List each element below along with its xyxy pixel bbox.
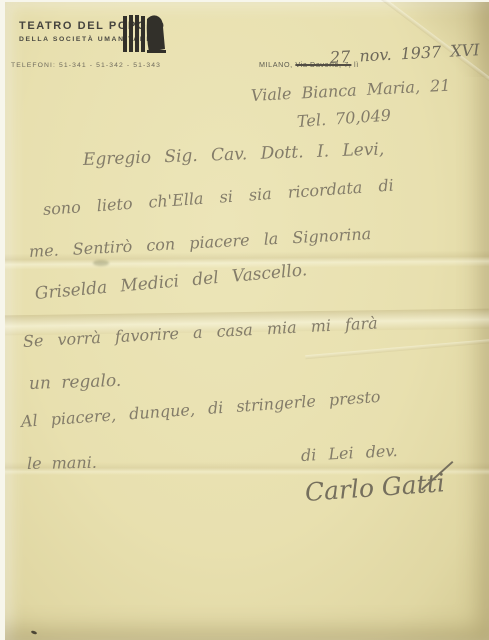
handwritten-date: 27 nov. 1937 XVI <box>330 40 481 67</box>
handwritten-phone-line: Tel. 70,049 <box>296 105 391 131</box>
handwritten-line: sono lieto ch'Ella si sia ricordata di <box>42 176 394 219</box>
umanitaria-bell-logo-icon <box>123 13 167 55</box>
letterhead-phones: TELEFONI: 51-341 - 51-342 - 51-343 <box>11 62 161 69</box>
handwritten-line: Griselda Medici del Vascello. <box>34 260 308 304</box>
handwritten-line: me. Sentirò con piacere la Signorina <box>29 224 372 261</box>
ink-speck <box>31 630 38 635</box>
handwritten-line: un regalo. <box>29 371 122 394</box>
diagonal-crease <box>305 339 489 360</box>
handwritten-line: Al piacere, dunque, di stringerle presto <box>20 387 381 431</box>
letter-paper: TEATRO DEL POPOLO DELLA SOCIETÀ UMANITAR… <box>5 2 489 640</box>
handwritten-line: Se vorrà favorire a casa mia mi farà <box>23 313 379 351</box>
handwritten-line: le mani. <box>27 453 97 473</box>
erased-smudge <box>93 260 109 266</box>
handwritten-valediction: di Lei dev. <box>301 441 399 465</box>
signature: Carlo Gatti <box>304 468 446 507</box>
dateline-city: MILANO, <box>259 60 293 69</box>
handwritten-address-line: Viale Bianca Maria, 21 <box>251 76 451 105</box>
handwritten-salutation: Egregio Sig. Cav. Dott. I. Levi, <box>83 139 385 170</box>
